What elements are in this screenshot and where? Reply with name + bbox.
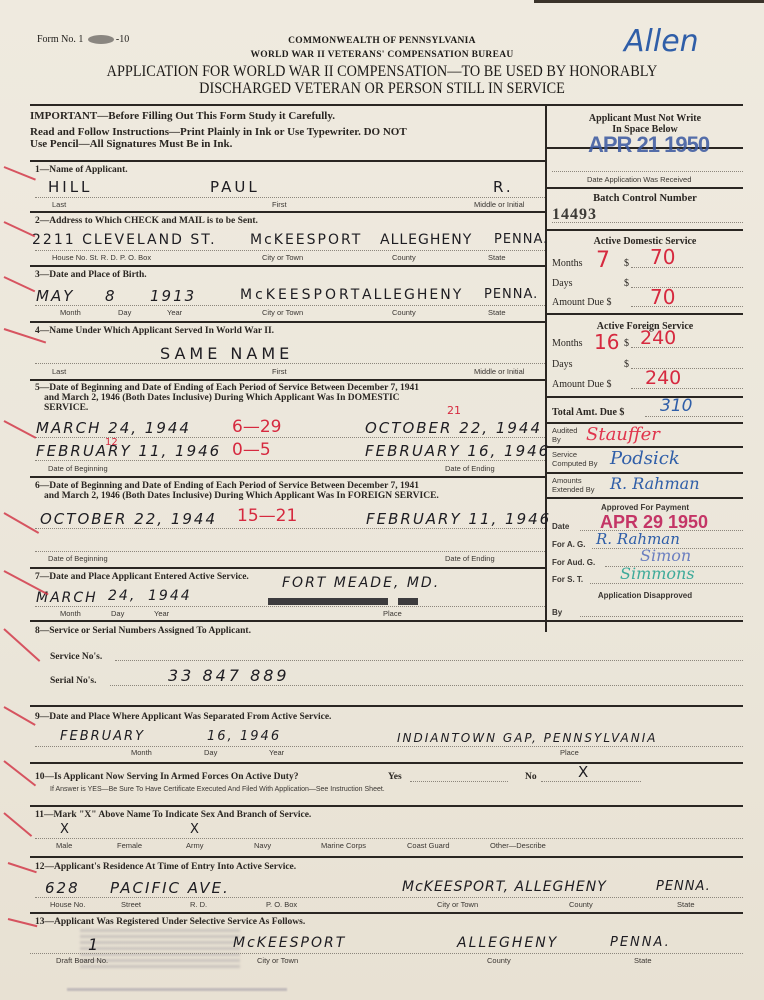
domestic-due-line — [631, 306, 743, 307]
draft-state-value[interactable]: PENNA. — [610, 935, 671, 950]
divider — [547, 497, 743, 499]
faded-print-line — [67, 988, 287, 991]
mailing-county-value[interactable]: ALLEGHENY — [380, 232, 472, 248]
section-3-label: 3—Date and Place of Birth. — [35, 270, 147, 280]
active-duty-no-label: No — [525, 772, 537, 782]
option-label-marine-corps: Marine Corps — [321, 841, 366, 850]
birth-county-value[interactable]: ALLEGHENY — [362, 287, 463, 303]
draft-city-value[interactable]: McKEESPORT — [233, 935, 346, 951]
caption-county: County — [569, 900, 593, 909]
initials-signature: Allen — [624, 24, 699, 59]
domestic-begin-2[interactable]: FEBRUARY 11, 1946 — [36, 442, 221, 460]
service-name-line — [35, 363, 545, 364]
divider — [30, 620, 743, 622]
caption-middle: Middle or Initial — [474, 367, 524, 376]
caption-date-end: Date of Ending — [445, 554, 495, 563]
birth-state-value[interactable]: PENNA. — [484, 287, 538, 302]
caption-last: Last — [52, 200, 66, 209]
dollar-sign: $ — [624, 359, 629, 370]
domestic-months-amount: 70 — [650, 245, 675, 269]
foreign-months-label: Months — [552, 338, 583, 349]
active-duty-yes-label: Yes — [388, 772, 402, 782]
domestic-service-header: Active Domestic Service — [547, 236, 743, 247]
caption-county: County — [392, 308, 416, 317]
residence-field-line — [35, 897, 743, 898]
check-mark — [4, 221, 36, 237]
for-ag-label: For A. G. — [552, 540, 585, 549]
important-notice: IMPORTANT—Before Filling Out This Form S… — [30, 110, 335, 122]
caption-state: State — [677, 900, 695, 909]
service-computed-signature: Podsick — [610, 448, 680, 469]
domestic-duration-1: 6—29 — [232, 417, 281, 437]
for-aud-g-signature: Simon — [640, 546, 691, 565]
section-4-label: 4—Name Under Which Applicant Served In W… — [35, 326, 274, 336]
active-duty-no-field — [541, 781, 641, 782]
divider — [30, 805, 743, 807]
serial-number-value[interactable]: 33 847 889 — [168, 666, 290, 685]
caption-month: Month — [60, 308, 81, 317]
caption-place: Place — [560, 748, 579, 757]
section-2-label: 2—Address to Which CHECK and MAIL is to … — [35, 216, 258, 226]
domestic-line-2 — [35, 460, 545, 461]
foreign-line-1 — [35, 528, 545, 529]
separation-place-value[interactable]: INDIANTOWN GAP, PENNSYLVANIA — [397, 731, 658, 745]
divider — [30, 762, 743, 764]
caption-day: Day — [118, 308, 131, 317]
name-field-line — [35, 197, 545, 198]
for-st-label: For S. T. — [552, 575, 583, 584]
domestic-duration-2: 0—5 — [232, 440, 271, 460]
serial-numbers-label: Serial No's. — [50, 676, 96, 686]
instructions-line2: Use Pencil—All Signatures Must Be in Ink… — [30, 138, 232, 150]
check-mark — [3, 812, 32, 837]
residence-city-county-value[interactable]: McKEESPORT, ALLEGHENY — [402, 879, 607, 895]
compensation-application-form: Form No. 1 -10 COMMONWEALTH OF PENNSYLVA… — [0, 0, 764, 1000]
caption-street: House No. St. R. D. P. O. Box — [52, 253, 151, 262]
caption-year: Year — [154, 609, 169, 618]
caption-first: First — [272, 367, 287, 376]
section-11-label: 11—Mark "X" Above Name To Indicate Sex A… — [35, 810, 311, 820]
section-9-label: 9—Date and Place Where Applicant Was Sep… — [35, 712, 331, 722]
caption-last: Last — [52, 367, 66, 376]
office-header-line1: Applicant Must Not Write — [547, 113, 743, 124]
domestic-end-2[interactable]: FEBRUARY 16, 1946 — [365, 442, 550, 460]
section-5-label-cont: and March 2, 1946 (Both Dates Inclusive)… — [44, 393, 544, 403]
residence-house-value[interactable]: 628 — [45, 879, 80, 897]
birth-city-value[interactable]: McKEESPORT — [240, 287, 362, 303]
option-label-navy: Navy — [254, 841, 271, 850]
batch-control-label: Batch Control Number — [547, 193, 743, 204]
divider — [547, 396, 743, 398]
office-column-border — [545, 104, 547, 632]
caption-middle: Middle or Initial — [474, 200, 524, 209]
domestic-days-label: Days — [552, 278, 573, 289]
divider — [30, 912, 743, 914]
section-7-label: 7—Date and Place Applicant Entered Activ… — [35, 572, 249, 582]
separation-day-value[interactable]: 16, — [207, 729, 234, 744]
caption-year: Year — [269, 748, 284, 757]
birth-year-value[interactable]: 1913 — [150, 287, 196, 305]
caption-date-end: Date of Ending — [445, 464, 495, 473]
application-disapproved-label: Application Disapproved — [547, 591, 743, 600]
caption-house: House No. — [50, 900, 85, 909]
received-date-line — [552, 171, 743, 172]
separation-month-value[interactable]: FEBRUARY — [60, 729, 145, 744]
caption-day: Day — [111, 609, 124, 618]
amounts-extended-signature: R. Rahman — [610, 474, 700, 493]
caption-first: First — [272, 200, 287, 209]
foreign-months-value: 16 — [594, 330, 619, 354]
divider — [30, 265, 545, 267]
total-line — [645, 416, 743, 417]
divider — [547, 229, 743, 231]
residence-state-value[interactable]: PENNA. — [656, 879, 711, 894]
entry-year-value[interactable]: 1944 — [148, 588, 192, 604]
option-mark-male[interactable]: X — [60, 822, 72, 837]
separation-year-value[interactable]: 1946 — [240, 729, 281, 744]
foreign-end-1[interactable]: FEBRUARY 11, 1946 — [366, 510, 551, 528]
service-computed-label: Service Computed By — [552, 450, 612, 468]
caption-day: Day — [204, 748, 217, 757]
for-st-line — [590, 583, 743, 584]
separation-field-line — [35, 746, 743, 747]
received-date-stamp: APR 21 1950 — [588, 132, 709, 158]
divider — [30, 379, 545, 381]
foreign-line-2 — [35, 551, 545, 552]
total-amount-label: Total Amt. Due $ — [552, 407, 624, 418]
for-aud-g-label: For Aud. G. — [552, 558, 595, 567]
divider — [30, 104, 743, 106]
service-numbers-label: Service No's. — [50, 652, 102, 662]
option-label-other-describe: Other—Describe — [490, 841, 546, 850]
disapproved-by-line[interactable] — [580, 616, 743, 617]
domestic-amount-due-label: Amount Due $ — [552, 297, 611, 308]
active-duty-note: If Answer is YES—Be Sure To Have Certifi… — [50, 786, 385, 793]
birth-month-value[interactable]: MAY — [36, 287, 74, 305]
approval-date-label: Date — [552, 522, 569, 531]
check-mark — [4, 512, 40, 534]
address-field-line — [35, 250, 545, 251]
last-name-value[interactable]: HILL — [48, 178, 92, 196]
entry-place-value[interactable]: FORT MEADE, MD. — [282, 575, 440, 591]
amounts-extended-label: Amounts Extended By — [552, 476, 610, 494]
foreign-days-label: Days — [552, 359, 573, 370]
check-mark — [8, 862, 37, 873]
first-name-value[interactable]: PAUL — [210, 178, 260, 196]
check-mark — [4, 706, 36, 726]
serial-numbers-field — [110, 685, 743, 686]
struck-out-place — [268, 598, 388, 605]
foreign-months-amount: 240 — [640, 327, 676, 349]
domestic-begin-1[interactable]: MARCH 24, 1944 — [36, 419, 191, 437]
batch-line — [552, 222, 743, 223]
caption-draft-board: Draft Board No. — [56, 956, 108, 965]
caption-date-begin: Date of Beginning — [48, 554, 108, 563]
check-mark — [8, 918, 38, 927]
option-mark-army[interactable]: X — [190, 822, 202, 837]
instructions-line1: Read and Follow Instructions—Print Plain… — [30, 126, 407, 138]
caption-date-begin: Date of Beginning — [48, 464, 108, 473]
audited-by-signature: Stauffer — [586, 424, 660, 445]
domestic-months-value: 7 — [596, 248, 610, 273]
draft-county-value[interactable]: ALLEGHENY — [457, 935, 558, 951]
section-1-label: 1—Name of Applicant. — [35, 165, 128, 175]
option-label-army: Army — [186, 841, 204, 850]
section-13-label: 13—Applicant Was Registered Under Select… — [35, 917, 305, 927]
service-numbers-field[interactable] — [115, 660, 743, 661]
caption-state: State — [488, 308, 506, 317]
caption-rd: R. D. — [190, 900, 207, 909]
domestic-days-line — [631, 287, 743, 288]
section-5-label: 5—Date of Beginning and Date of Ending o… — [35, 383, 545, 393]
birth-day-value[interactable]: 8 — [105, 287, 117, 305]
caption-city: City or Town — [262, 308, 303, 317]
section-6-label: 6—Date of Beginning and Date of Ending o… — [35, 481, 545, 491]
mailing-city-value[interactable]: McKEESPORT — [250, 232, 362, 248]
check-mark — [3, 760, 36, 786]
section-8-label: 8—Service or Serial Numbers Assigned To … — [35, 626, 251, 636]
entry-day-value[interactable]: 24, — [108, 588, 136, 604]
mailing-state-value[interactable]: PENNA. — [494, 232, 548, 247]
section-12-label: 12—Applicant's Residence At Time of Entr… — [35, 862, 296, 872]
caption-city: City or Town — [257, 956, 298, 965]
caption-city: City or Town — [437, 900, 478, 909]
entry-field-line — [35, 606, 545, 607]
active-duty-no-mark[interactable]: X — [578, 763, 591, 781]
residence-street-value[interactable]: PACIFIC AVE. — [110, 879, 230, 897]
divider — [30, 705, 743, 707]
domestic-begin-correction: 12 — [105, 437, 118, 448]
caption-state: State — [634, 956, 652, 965]
caption-pobox: P. O. Box — [266, 900, 297, 909]
birth-field-line — [35, 305, 545, 306]
approved-for-payment-label: Approved For Payment — [547, 503, 743, 512]
dollar-sign: $ — [624, 258, 629, 269]
caption-place: Place — [383, 609, 402, 618]
divider — [30, 211, 545, 213]
dollar-sign: $ — [624, 338, 629, 349]
foreign-amount-due-value: 240 — [645, 367, 681, 389]
form-title-line1: APPLICATION FOR WORLD WAR II COMPENSATIO… — [31, 63, 734, 81]
section-10-label: 10—Is Applicant Now Serving In Armed For… — [35, 772, 298, 782]
check-mark — [4, 420, 37, 439]
option-label-coast-guard: Coast Guard — [407, 841, 450, 850]
form-title-line2: DISCHARGED VETERAN OR PERSON STILL IN SE… — [31, 80, 734, 98]
divider — [30, 321, 545, 323]
struck-out-state — [398, 598, 418, 605]
caption-county: County — [487, 956, 511, 965]
middle-initial-value[interactable]: R. — [493, 178, 514, 196]
foreign-months-line — [631, 347, 743, 348]
section-6-label-cont: and March 2, 1946 (Both Dates Inclusive)… — [44, 491, 549, 501]
foreign-begin-1[interactable]: OCTOBER 22, 1944 — [40, 510, 217, 528]
active-duty-yes-field[interactable] — [410, 781, 508, 782]
sex-branch-line — [35, 838, 743, 839]
divider — [547, 313, 743, 315]
divider — [30, 476, 545, 478]
divider — [547, 187, 743, 189]
section-5-label-cont2: SERVICE. — [44, 403, 88, 413]
caption-street: Street — [121, 900, 141, 909]
check-mark — [4, 166, 36, 181]
foreign-due-line — [631, 388, 743, 389]
caption-month: Month — [131, 748, 152, 757]
caption-state: State — [488, 253, 506, 262]
audited-by-label: Audited By — [552, 426, 588, 444]
divider — [30, 856, 743, 858]
caption-county: County — [392, 253, 416, 262]
received-date-label: Date Application Was Received — [587, 175, 691, 184]
domestic-months-label: Months — [552, 258, 583, 269]
page-edge — [534, 0, 764, 3]
service-name-value[interactable]: SAME NAME — [160, 344, 293, 363]
domestic-months-line — [631, 267, 743, 268]
option-label-female: Female — [117, 841, 142, 850]
option-label-male: Male — [56, 841, 72, 850]
check-mark — [4, 276, 36, 292]
mailing-street-value[interactable]: 2211 CLEVELAND ST. — [32, 232, 217, 248]
total-amount-value: 310 — [660, 396, 692, 416]
domestic-end-correction: 21 — [447, 404, 461, 417]
disapproved-by-label: By — [552, 608, 562, 617]
for-st-signature: Simmons — [620, 564, 695, 583]
caption-year: Year — [167, 308, 182, 317]
dollar-sign: $ — [624, 278, 629, 289]
divider — [30, 160, 545, 162]
divider — [30, 567, 545, 569]
draft-field-line — [30, 953, 743, 954]
foreign-amount-due-label: Amount Due $ — [552, 379, 611, 390]
caption-city: City or Town — [262, 253, 303, 262]
draft-board-value[interactable]: 1 — [88, 935, 100, 954]
caption-month: Month — [60, 609, 81, 618]
foreign-duration-1: 15—21 — [237, 506, 297, 526]
domestic-end-1[interactable]: OCTOBER 22, 1944 — [365, 419, 542, 437]
